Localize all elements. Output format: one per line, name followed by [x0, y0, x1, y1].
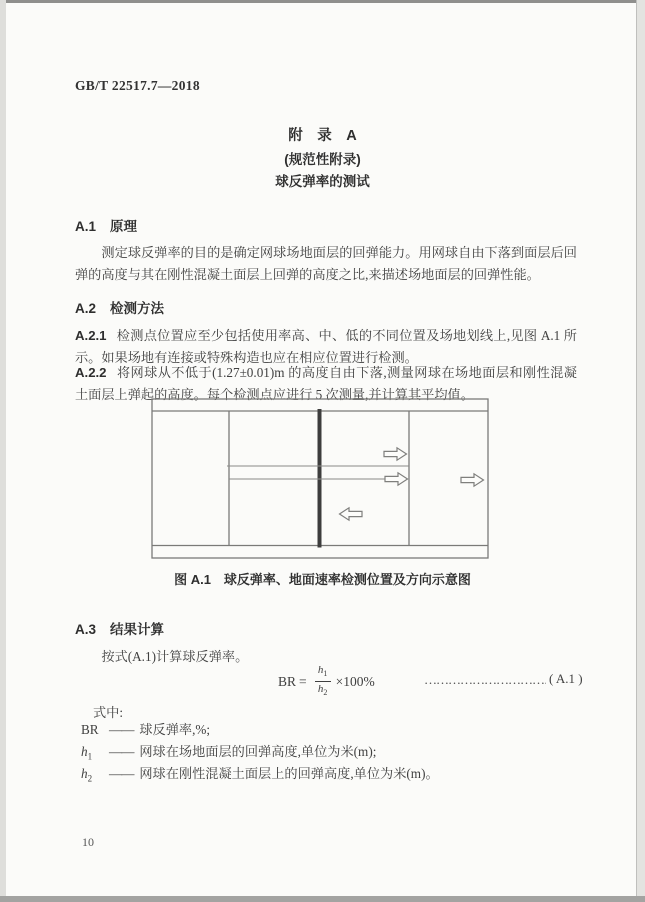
- definition-term: BR: [81, 722, 105, 738]
- clause-text: 检测点位置应至少包括使用率高、中、低的不同位置及场地划线上,见图 A.1 所示。…: [75, 328, 577, 365]
- definition-row-h1: h1——网球在场地面层的回弹高度,单位为米(m);: [81, 741, 601, 762]
- equation-leader-dots: ……………………………………: [424, 672, 546, 688]
- clause-number: A.2.2: [75, 365, 107, 380]
- definition-desc: 网球在刚性混凝土面层上的回弹高度,单位为米(m)。: [139, 766, 438, 781]
- appendix-title: 附 录 A: [0, 124, 645, 145]
- clause-text: 将网球从不低于(1.27±0.01)m 的高度自由下落,测量网球在场地面层和刚性…: [75, 365, 577, 402]
- clause-number: A.2.1: [75, 328, 107, 343]
- figure-court-diagram: [151, 398, 489, 564]
- formula-lhs: BR: [278, 674, 296, 690]
- section-number: A.1: [75, 219, 96, 234]
- definition-desc: 球反弹率,%;: [139, 722, 210, 737]
- section-title: 检测方法: [110, 301, 164, 316]
- arrow-right-icon: [384, 448, 407, 460]
- scanned-document-page: { "page": { "header_code": "GB/T 22517.7…: [0, 0, 645, 902]
- definition-dash: ——: [109, 744, 133, 759]
- page-number: 10: [82, 835, 94, 850]
- definition-row-br: BR——球反弹率,%;: [81, 719, 601, 738]
- equation-number: ( A.1 ): [549, 671, 583, 687]
- appendix-subject: 球反弹率的测试: [0, 170, 645, 190]
- section-number: A.2: [75, 301, 96, 316]
- appendix-subtitle: (规范性附录): [0, 148, 645, 168]
- court-diagram-svg: [151, 398, 489, 559]
- arrow-right-icon: [461, 474, 484, 486]
- equals-sign: =: [299, 674, 307, 690]
- section-heading-a2: A.2检测方法: [75, 297, 164, 317]
- section-title: 结果计算: [110, 622, 164, 637]
- paragraph-a1-body: 测定球反弹率的目的是确定网球场地面层的回弹能力。用网球自由下落到面层后回弹的高度…: [75, 242, 577, 286]
- figure-caption: 图 A.1 球反弹率、地面速率检测位置及方向示意图: [0, 569, 645, 588]
- section-number: A.3: [75, 622, 96, 637]
- section-heading-a1: A.1原理: [75, 215, 137, 235]
- standard-number-header: GB/T 22517.7—2018: [75, 78, 200, 94]
- definition-desc: 网球在场地面层的回弹高度,单位为米(m);: [139, 744, 376, 759]
- section-title: 原理: [110, 219, 137, 234]
- scan-edge-top: [0, 0, 645, 3]
- arrow-right-icon: [385, 473, 408, 485]
- definition-term: h1: [81, 744, 105, 762]
- fraction: h1 h2: [315, 664, 331, 699]
- fraction-numerator: h1: [318, 664, 328, 680]
- definition-dash: ——: [109, 766, 133, 781]
- definition-row-h2: h2——网球在刚性混凝土面层上的回弹高度,单位为米(m)。: [81, 763, 601, 784]
- scan-edge-bottom: [0, 896, 645, 902]
- section-heading-a3: A.3结果计算: [75, 618, 164, 638]
- definition-dash: ——: [109, 722, 133, 737]
- arrow-left-icon: [340, 508, 363, 520]
- formula-ball-rebound: BR = h1 h2 ×100%: [278, 664, 375, 699]
- definition-term: h2: [81, 766, 105, 784]
- fraction-bar: [315, 681, 331, 682]
- fraction-denominator: h2: [318, 683, 328, 699]
- formula-multiplier: ×100%: [336, 674, 375, 690]
